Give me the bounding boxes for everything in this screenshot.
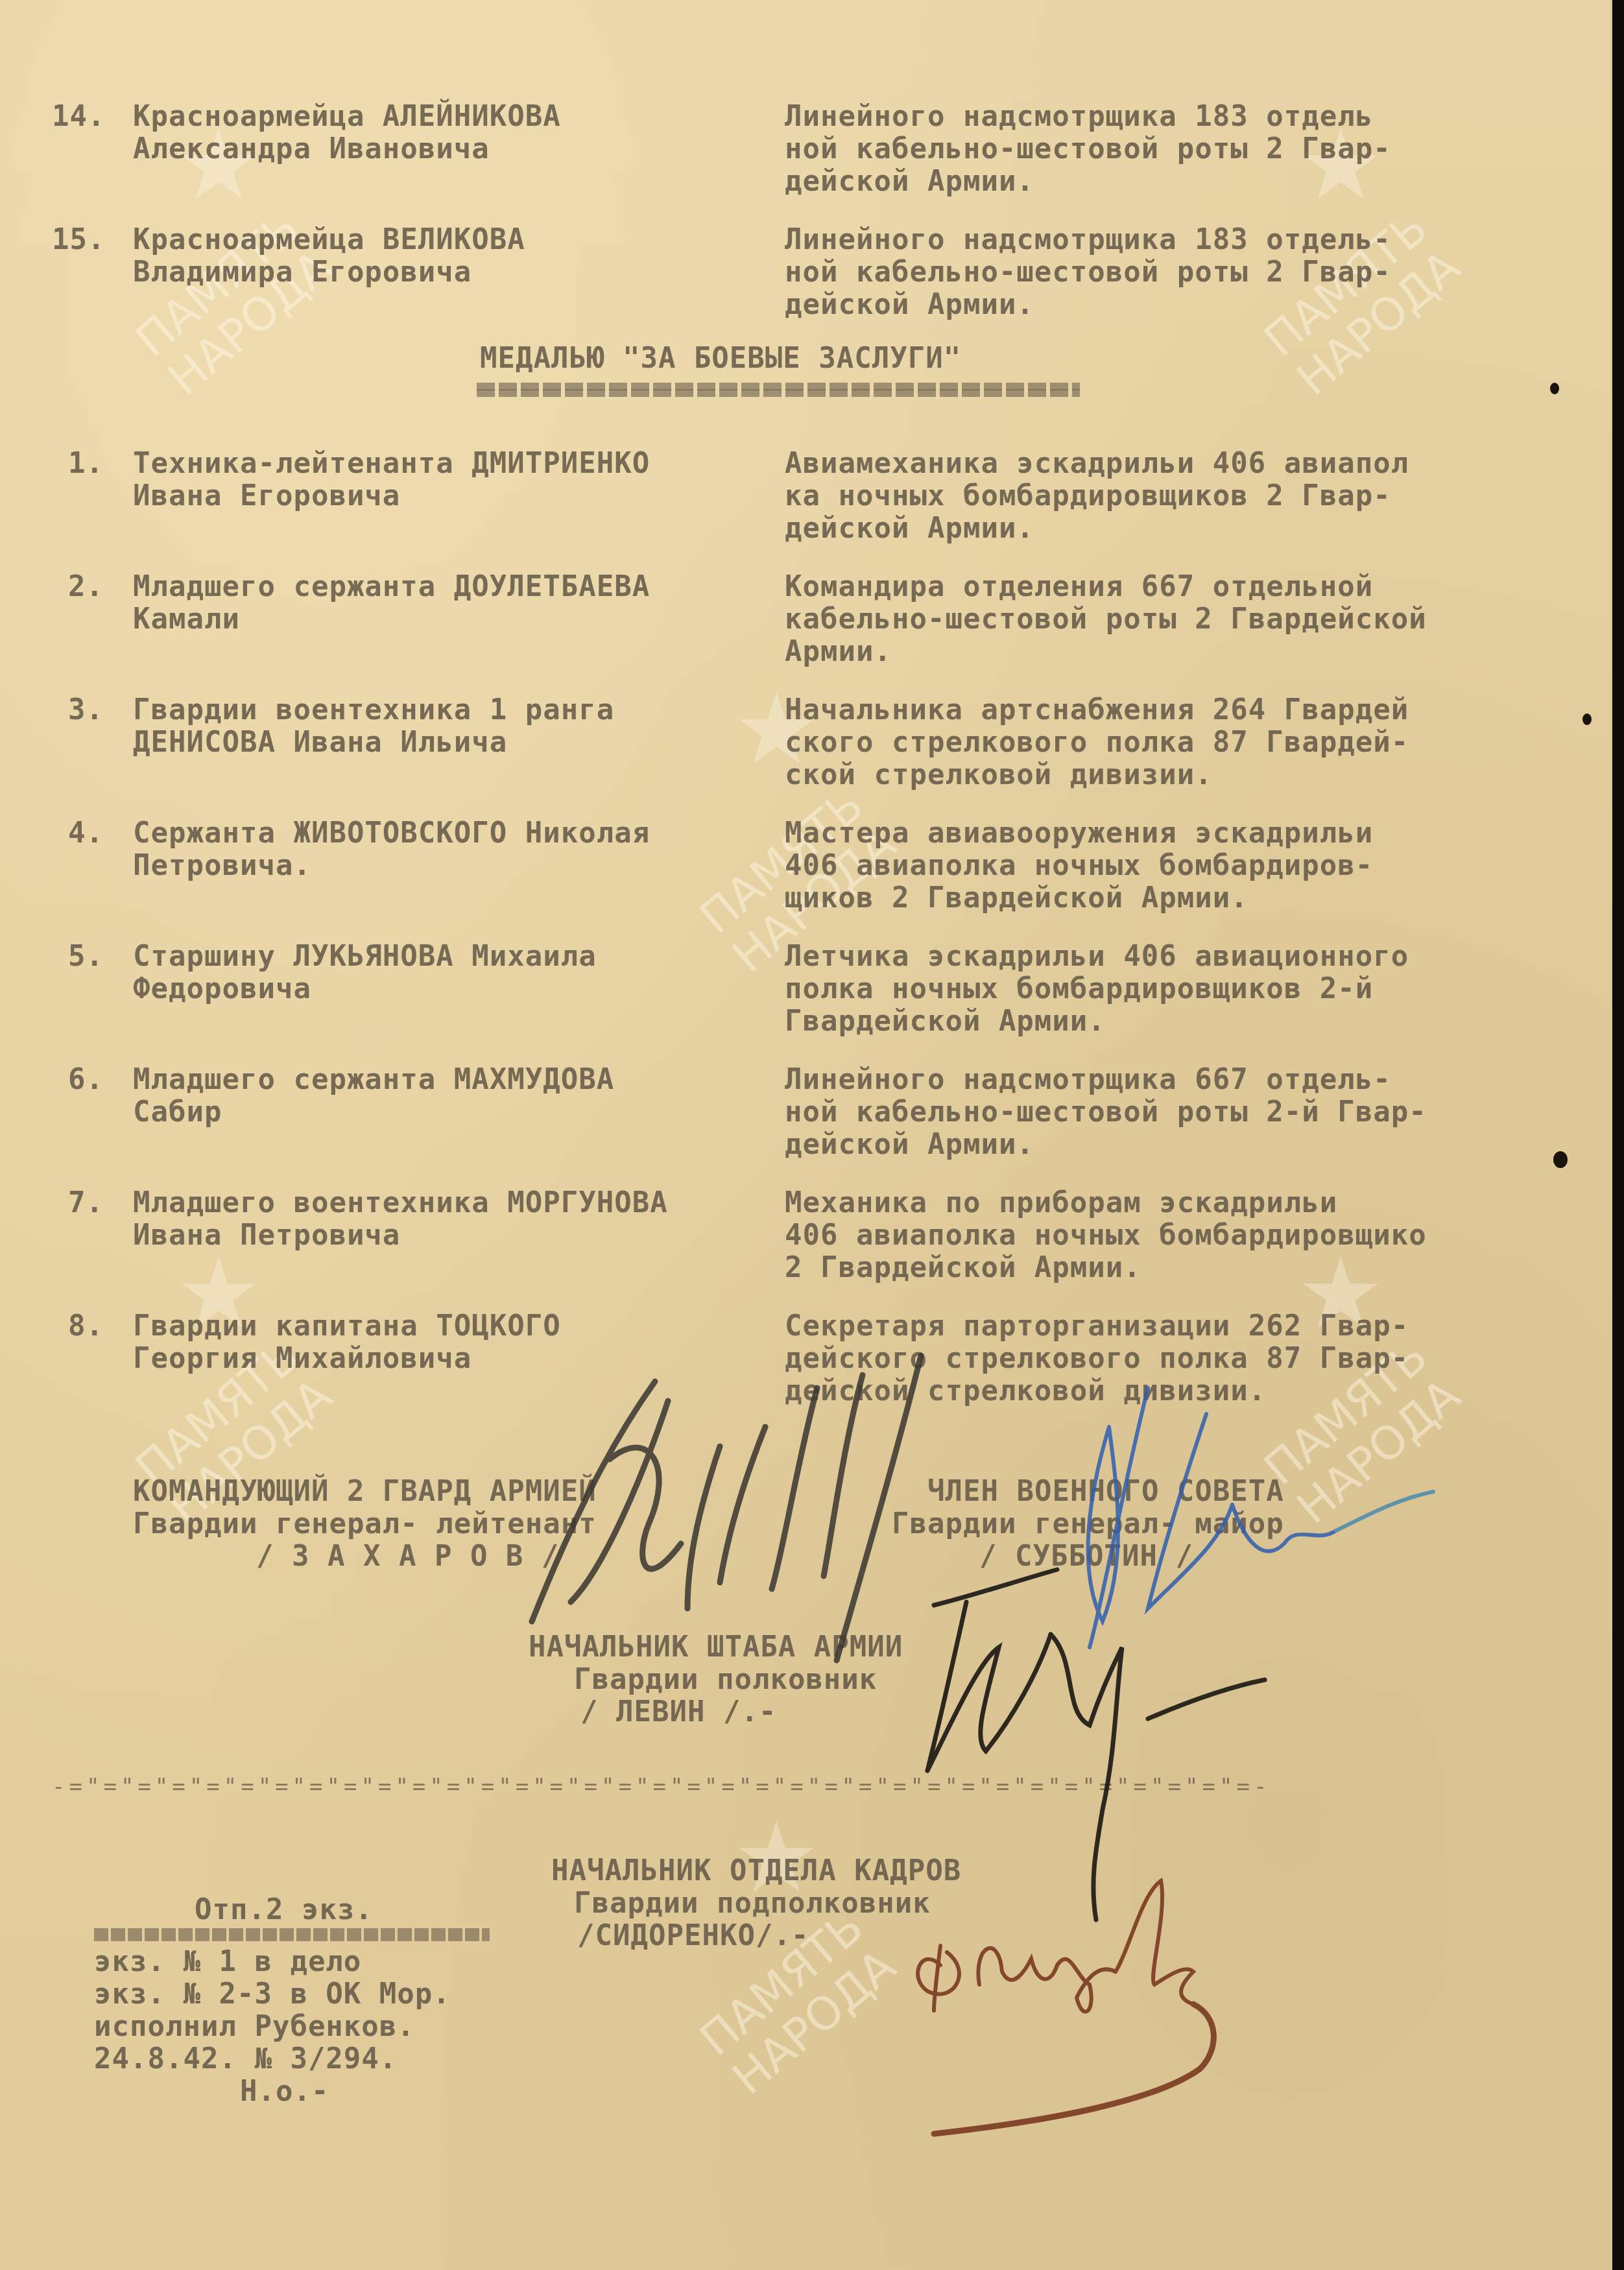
document-page: ★ ПАМЯТЬ НАРОДА ★ ПАМЯТЬ НАРОДА ★ ПАМЯТЬ…	[0, 0, 1612, 2270]
entry-number: 7.	[68, 1187, 104, 1219]
signatory-name: / ЛЕВИН /.-	[580, 1696, 776, 1728]
entry-position-line: дейской Армии.	[785, 512, 1034, 545]
entry-position-line: 406 авиаполка ночных бомбардировщико	[785, 1219, 1427, 1252]
entry-name-line: Младшего сержанта ДОУЛЕТБАЕВА	[133, 571, 650, 603]
entry-name-line: Младшего сержанта МАХМУДОВА	[133, 1064, 614, 1096]
copy-note-line: экз. № 2-3 в ОК Мор.	[94, 1978, 451, 2011]
entry-position-line: дейской стрелковой дивизии.	[785, 1375, 1266, 1407]
entry-position-line: Командира отделения 667 отдельной	[785, 571, 1373, 603]
signatory-title: НАЧАЛЬНИК ОТДЕЛА КАДРОВ	[551, 1855, 961, 1887]
entry-position-line: Механика по приборам эскадрильи	[785, 1187, 1337, 1219]
entry-name-line: Ивана Петровича	[133, 1219, 400, 1252]
entry-position-line: полка ночных бомбардировщиков 2-й	[785, 973, 1373, 1005]
entry-position-line: Гвардейской Армии.	[785, 1005, 1106, 1038]
entry-number: 15.	[52, 224, 105, 256]
entry-number: 14.	[52, 101, 105, 133]
entry-position-line: 2 Гвардейской Армии.	[785, 1252, 1141, 1284]
signatory-title: ЧЛЕН ВОЕННОГО СОВЕТА	[927, 1475, 1284, 1508]
entry-position-line: дейского стрелкового полка 87 Гвар-	[785, 1343, 1409, 1375]
signatory-rank: Гвардии генерал- майор	[892, 1508, 1284, 1540]
copy-note-rule	[94, 1928, 490, 1935]
entry-number: 6.	[68, 1064, 104, 1096]
binding-hole	[1553, 1151, 1568, 1168]
signatory-name: / СУББОТИН /	[979, 1540, 1193, 1573]
signatory-title: КОМАНДУЮЩИЙ 2 ГВАРД АРМИЕЙ	[133, 1475, 597, 1508]
entry-position-line: ной кабельно-шестовой роты 2 Гвар-	[785, 133, 1391, 165]
entry-number: 1.	[68, 448, 104, 480]
signatory-rank: Гвардии подполковник	[574, 1887, 931, 1920]
entry-position-line: кабельно-шестовой роты 2 Гвардейской	[785, 603, 1427, 636]
entry-name-line: Александра Ивановича	[133, 133, 490, 165]
entry-position-line: ка ночных бомбардировщиков 2 Гвар-	[785, 480, 1391, 512]
entry-position-line: дейской Армии.	[785, 289, 1034, 321]
entry-position-line: Мастера авиавооружения эскадрильи	[785, 817, 1373, 850]
signatory-name: / З А Х А Р О В /	[256, 1540, 559, 1573]
entry-name-line: Петровича.	[133, 850, 311, 882]
entry-name-line: Красноармейца ВЕЛИКОВА	[133, 224, 525, 256]
entry-position-line: Линейного надсмотрщика 183 отдель-	[785, 224, 1391, 256]
entry-number: 2.	[68, 571, 104, 603]
binding-hole	[1582, 713, 1592, 725]
entry-position-line: Линейного надсмотрщика 667 отдель-	[785, 1064, 1391, 1096]
copy-note-heading: Отп.2 экз.	[195, 1894, 373, 1926]
copy-note-line: 24.8.42. № 3/294.	[94, 2043, 397, 2075]
entry-name-line: Старшину ЛУКЬЯНОВА Михаила	[133, 940, 597, 973]
heading-underline	[477, 389, 1080, 397]
entry-position-line: Начальника артснабжения 264 Гвардей	[785, 694, 1409, 726]
entry-position-line: Армии.	[785, 636, 892, 668]
entry-position-line: дейской Армии.	[785, 1129, 1034, 1161]
entry-position-line: ского стрелкового полка 87 Гвардей-	[785, 726, 1409, 759]
entry-position-line: 406 авиаполка ночных бомбардиров-	[785, 850, 1373, 882]
section-heading: МЕДАЛЬЮ "ЗА БОЕВЫЕ ЗАСЛУГИ"	[480, 342, 961, 375]
entry-position-line: ской стрелковой дивизии.	[785, 759, 1213, 791]
entry-position-line: дейской Армии.	[785, 165, 1034, 198]
entry-position-line: ной кабельно-шестовой роты 2 Гвар-	[785, 256, 1391, 289]
entry-name-line: Красноармейца АЛЕЙНИКОВА	[133, 101, 561, 133]
entry-position-line: Линейного надсмотрщика 183 отдель	[785, 101, 1373, 133]
copy-note-line: Н.о.-	[240, 2075, 329, 2108]
signatory-name: /СИДОРЕНКО/.-	[577, 1920, 809, 1952]
entry-position-line: Авиамеханика эскадрильи 406 авиапол	[785, 448, 1409, 480]
entry-name-line: Владимира Егоровича	[133, 256, 472, 289]
entry-position-line: ной кабельно-шестовой роты 2-й Гвар-	[785, 1096, 1427, 1129]
separator-line: -="="="="="="="="="="="="="="="="="="="=…	[52, 1774, 1537, 1800]
entry-name-line: Георгия Михайловича	[133, 1343, 472, 1375]
signatory-title: НАЧАЛЬНИК ШТАБА АРМИИ	[529, 1631, 903, 1664]
entry-name-line: Техника-лейтенанта ДМИТРИЕНКО	[133, 448, 650, 480]
entry-name-line: Сержанта ЖИВОТОВСКОГО Николая	[133, 817, 650, 850]
entry-position-line: Летчика эскадрильи 406 авиационного	[785, 940, 1409, 973]
entry-number: 3.	[68, 694, 104, 726]
entry-name-line: Ивана Егоровича	[133, 480, 400, 512]
entry-name-line: Младшего воентехника МОРГУНОВА	[133, 1187, 668, 1219]
entry-name-line: Сабир	[133, 1096, 222, 1129]
entry-position-line: Секретаря парторганизации 262 Гвар-	[785, 1310, 1409, 1343]
entry-name-line: Гвардии капитана ТОЦКОГО	[133, 1310, 561, 1343]
binding-hole	[1550, 383, 1559, 394]
signatory-rank: Гвардии полковник	[574, 1664, 877, 1696]
entry-number: 5.	[68, 940, 104, 973]
entry-name-line: Федоровича	[133, 973, 311, 1005]
copy-note-line: исполнил Рубенков.	[94, 2011, 415, 2043]
entry-position-line: щиков 2 Гвардейской Армии.	[785, 882, 1248, 914]
entry-name-line: Камали	[133, 603, 240, 636]
copy-note-rule	[94, 1935, 490, 1941]
entry-number: 8.	[68, 1310, 104, 1343]
signatory-rank: Гвардии генерал- лейтенант	[133, 1508, 597, 1540]
entry-number: 4.	[68, 817, 104, 850]
entry-name-line: ДЕНИСОВА Ивана Ильича	[133, 726, 507, 759]
copy-note-line: экз. № 1 в дело	[94, 1946, 361, 1978]
entry-name-line: Гвардии воентехника 1 ранга	[133, 694, 614, 726]
